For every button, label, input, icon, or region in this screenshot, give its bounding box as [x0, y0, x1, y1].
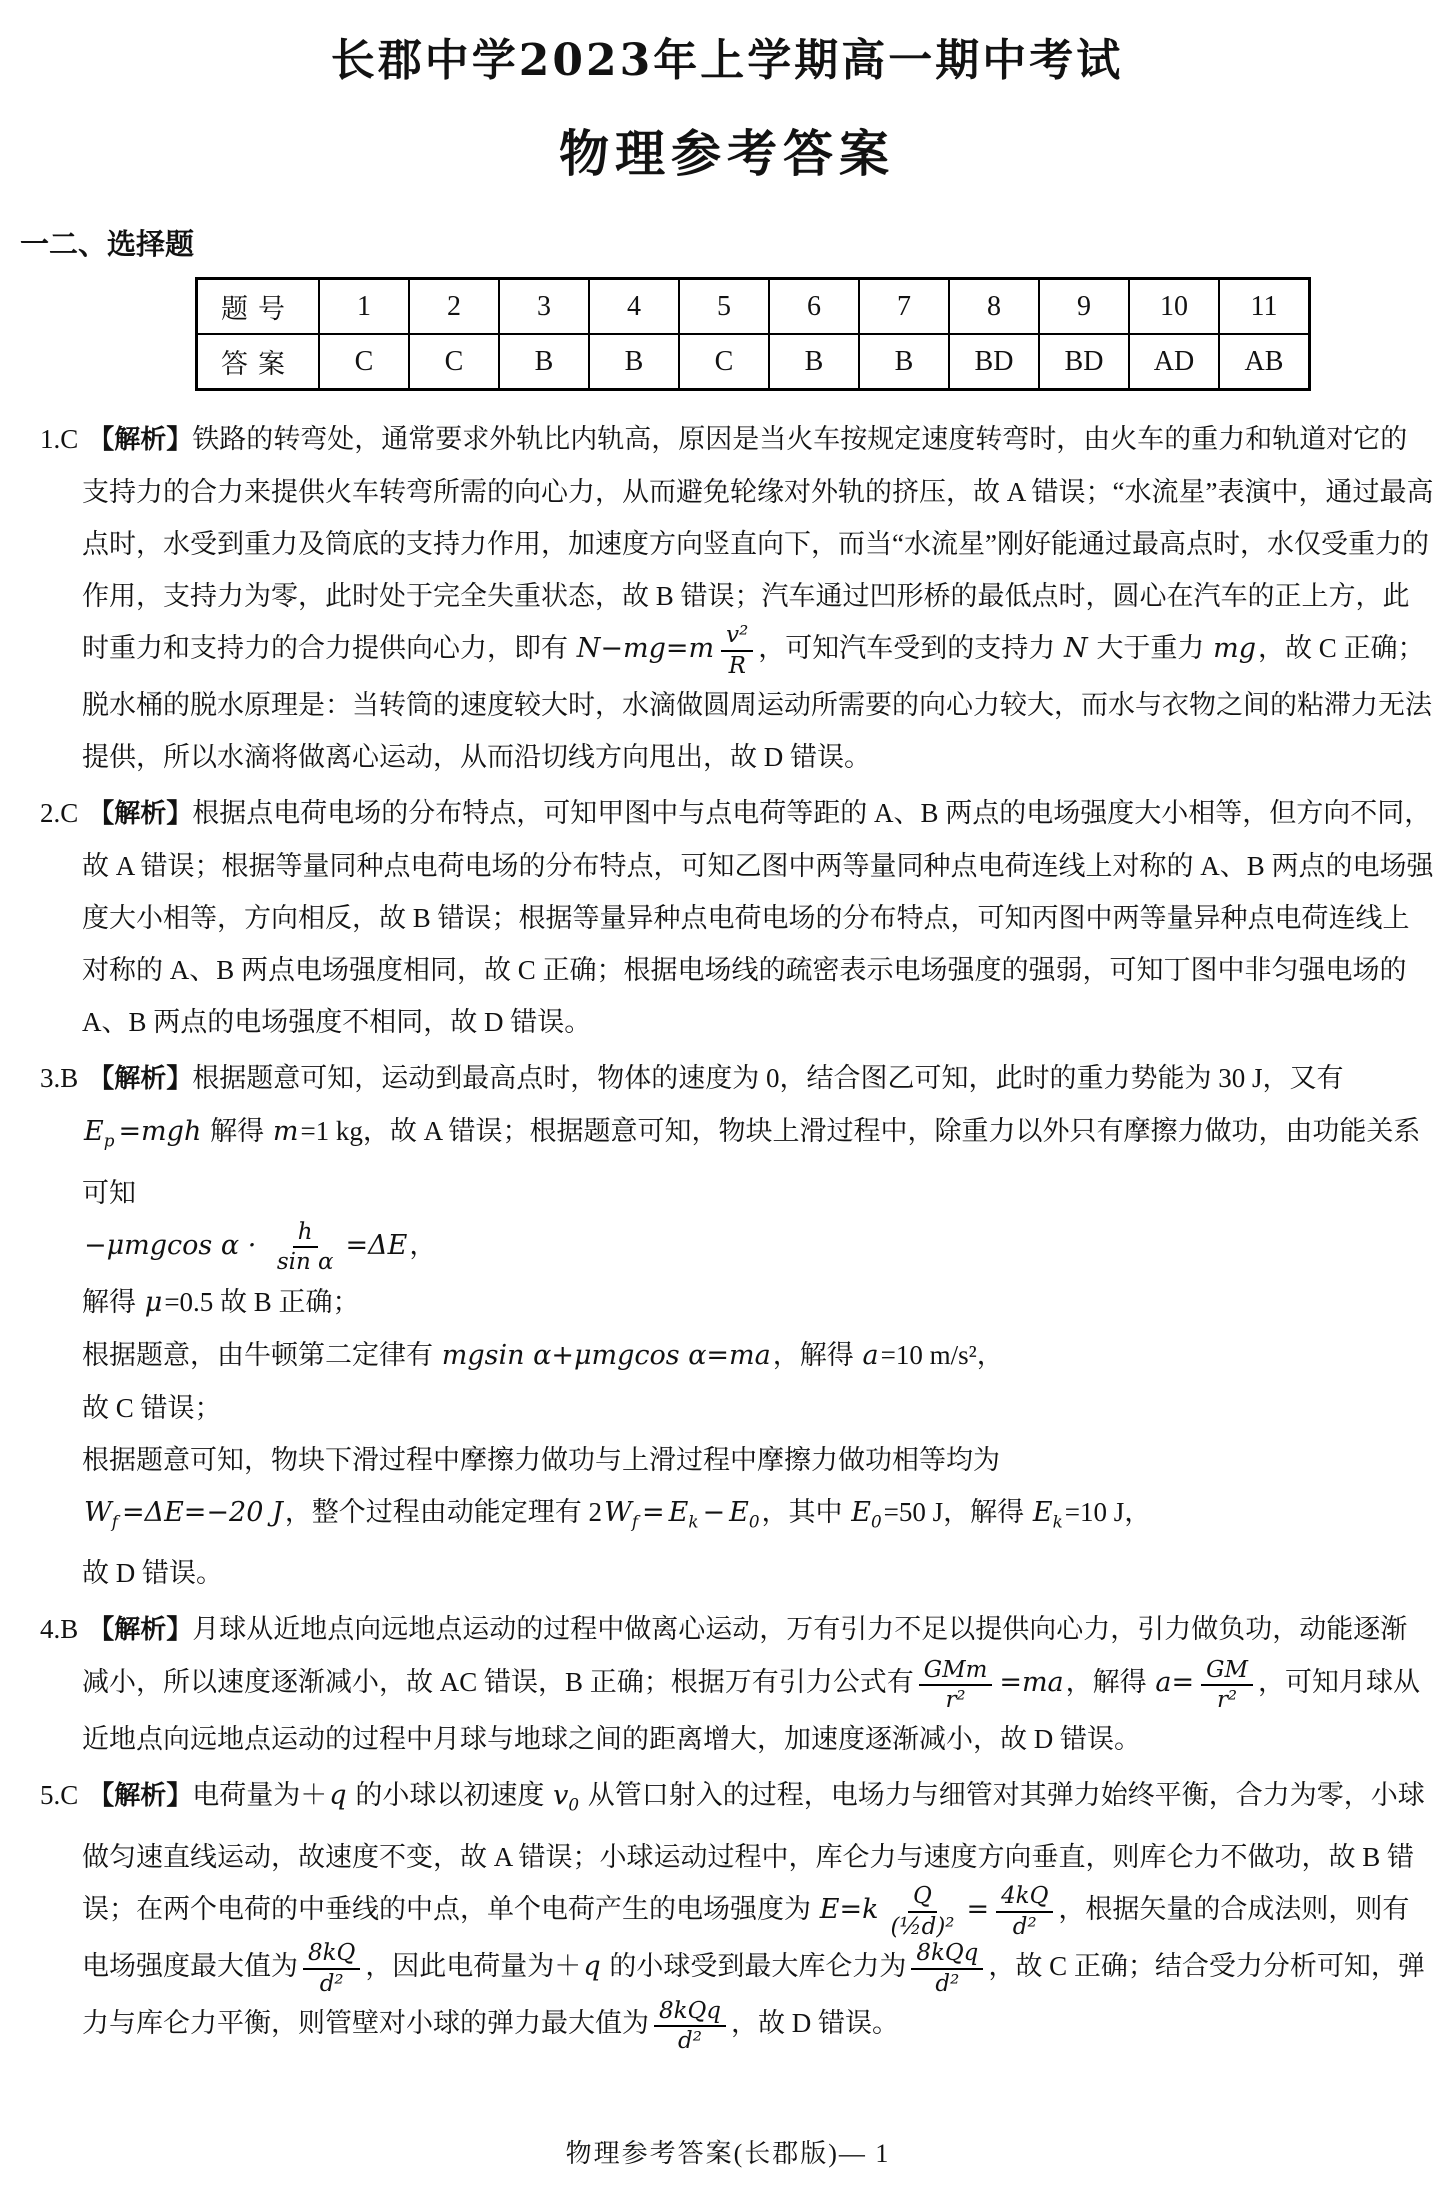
text-run: =0.5 故 B 正确；	[164, 1287, 359, 1317]
text-run: ，因此电荷量为＋	[365, 1951, 581, 1981]
question-number-cell: 7	[859, 279, 949, 335]
math-subscript: Wf	[602, 1497, 640, 1528]
math-run: a	[861, 1340, 881, 1371]
math-run: mgsin α+μmgcos α=ma	[440, 1340, 773, 1371]
text-run: 故 C 错误；	[82, 1393, 222, 1423]
solution-item: 2.C【解析】根据点电荷电场的分布特点，可知甲图中与点电荷等距的 A、B 两点的…	[20, 787, 1434, 1048]
math-run: mg	[1211, 633, 1258, 664]
question-number: 5.C	[40, 1780, 78, 1810]
text-run: 解得	[203, 1116, 271, 1146]
analysis-label: 【解析】	[88, 425, 192, 455]
math-run: =ma	[997, 1667, 1065, 1698]
math-run: −	[701, 1497, 728, 1528]
text-run: ，	[409, 1230, 436, 1260]
question-number-cell: 9	[1039, 279, 1129, 335]
text-run: 根据题意，由牛顿第二定律有	[82, 1340, 440, 1370]
math-run: =	[964, 1894, 991, 1925]
text-run: ，解得	[1066, 1667, 1154, 1697]
text-run: =10 m/s²，	[881, 1340, 1004, 1370]
answer-row: 答案CCBBCBBBDBDADAB	[197, 334, 1310, 390]
math-subscript: v0	[551, 1780, 581, 1811]
answer-table: 题号1234567891011答案CCBBCBBBDBDADAB	[195, 277, 1311, 391]
analysis-label: 【解析】	[88, 1064, 192, 1094]
answer-cell: AD	[1129, 334, 1219, 390]
solution-first-paragraph: 5.C【解析】电荷量为＋q 的小球以初速度 v0 从管口射入的过程，电场力与细管…	[20, 1769, 1434, 2054]
text-run: =10 J，	[1065, 1497, 1151, 1527]
question-number: 1.C	[40, 424, 78, 454]
analysis-label: 【解析】	[88, 799, 192, 829]
row-label: 题号	[197, 279, 320, 335]
solution-paragraph: 解得 μ=0.5 故 B 正确；	[20, 1276, 1434, 1329]
fraction: GMmr²	[919, 1657, 993, 1714]
question-number: 3.B	[40, 1063, 78, 1093]
text-run: 根据题意可知，运动到最高点时，物体的速度为 0，结合图乙可知，此时的重力势能为 …	[192, 1063, 1343, 1093]
solution-paragraph: 根据题意，由牛顿第二定律有 mgsin α+μmgcos α=ma，解得 a=1…	[20, 1329, 1434, 1382]
math-subscript: E0	[727, 1497, 761, 1528]
solution-paragraph: Wf=ΔE=−20 J，整个过程由动能定理有 2Wf=Ek−E0，其中 E0=5…	[20, 1486, 1434, 1547]
text-run: 根据题意可知，物块下滑过程中摩擦力做功与上滑过程中摩擦力做功相等均为	[82, 1445, 1000, 1475]
text-run: ，可知汽车受到的支持力	[758, 633, 1062, 663]
question-number-cell: 6	[769, 279, 859, 335]
math-subscript: Ep	[82, 1116, 116, 1147]
math-run: =ΔE	[344, 1230, 410, 1261]
answer-cell: AB	[1219, 334, 1310, 390]
solution-first-paragraph: 2.C【解析】根据点电荷电场的分布特点，可知甲图中与点电荷等距的 A、B 两点的…	[20, 787, 1434, 1048]
text-run: 铁路的转弯处，通常要求外轨比内轨高，原因是当火车按规定速度转弯时，由火车的重力和…	[82, 424, 1433, 663]
text-run: =50 J，解得	[884, 1497, 1031, 1527]
text-run: 电荷量为＋	[192, 1780, 327, 1810]
question-number-cell: 8	[949, 279, 1039, 335]
question-number-cell: 5	[679, 279, 769, 335]
row-label: 答案	[197, 334, 320, 390]
fraction: Q(½d)²	[885, 1883, 959, 1940]
math-run: =	[640, 1497, 667, 1528]
fraction: 4kQd²	[996, 1883, 1053, 1940]
question-number-cell: 2	[409, 279, 499, 335]
question-number-cell: 4	[589, 279, 679, 335]
math-run: q	[327, 1780, 348, 1811]
text-run: ，解得	[773, 1340, 861, 1370]
answer-cell: C	[679, 334, 769, 390]
fraction: 8kQqd²	[911, 1940, 983, 1997]
analysis-label: 【解析】	[88, 1781, 192, 1811]
answer-cell: B	[769, 334, 859, 390]
fraction: GMr²	[1201, 1657, 1253, 1714]
question-number-row: 题号1234567891011	[197, 279, 1310, 335]
math-run: a=	[1153, 1667, 1196, 1698]
fraction: 8kQd²	[303, 1940, 360, 1997]
question-number-cell: 1	[319, 279, 409, 335]
section-header: 一二、选择题	[20, 222, 1434, 263]
page-title: 物理参考答案	[20, 114, 1434, 186]
math-subscript: Ek	[667, 1497, 701, 1528]
fraction: 8kQqd²	[654, 1998, 726, 2055]
text-run: 故 D 错误。	[82, 1558, 223, 1588]
question-number-cell: 10	[1129, 279, 1219, 335]
text-run: 大于重力	[1090, 633, 1212, 663]
answer-cell: C	[409, 334, 499, 390]
page-footer: 物理参考答案(长郡版)— 1	[0, 2133, 1456, 2170]
text-run: ，整个过程由动能定理有 2	[285, 1497, 602, 1527]
answer-cell: B	[859, 334, 949, 390]
question-number-cell: 3	[499, 279, 589, 335]
answer-cell: B	[499, 334, 589, 390]
text-run: ，其中	[762, 1497, 850, 1527]
solution-item: 4.B【解析】月球从近地点向远地点运动的过程中做离心运动，万有引力不足以提供向心…	[20, 1603, 1434, 1765]
text-run: 解得	[82, 1287, 143, 1317]
math-run: μ	[143, 1287, 165, 1318]
fraction: v²R	[721, 622, 753, 679]
math-subscript: Wf	[82, 1497, 120, 1528]
solution-paragraph: 故 C 错误；	[20, 1382, 1434, 1434]
analysis-label: 【解析】	[88, 1615, 192, 1645]
solution-item: 1.C【解析】铁路的转弯处，通常要求外轨比内轨高，原因是当火车按规定速度转弯时，…	[20, 413, 1434, 783]
math-run: =mgh	[116, 1116, 203, 1147]
fraction: hsin α	[272, 1219, 339, 1276]
solution-paragraph: 根据题意可知，物块下滑过程中摩擦力做功与上滑过程中摩擦力做功相等均为	[20, 1434, 1434, 1486]
math-run: E=k	[818, 1894, 881, 1925]
answer-cell: C	[319, 334, 409, 390]
solution-item: 3.B【解析】根据题意可知，运动到最高点时，物体的速度为 0，结合图乙可知，此时…	[20, 1052, 1434, 1599]
answer-cell: BD	[949, 334, 1039, 390]
text-run: 根据点电荷电场的分布特点，可知甲图中与点电荷等距的 A、B 两点的电场强度大小相…	[82, 798, 1434, 1037]
math-run: N	[1062, 633, 1090, 664]
math-subscript: E0	[849, 1497, 883, 1528]
math-run: N−mg=m	[575, 633, 716, 664]
exam-title: 长郡中学2023年上学期高一期中考试	[20, 24, 1434, 88]
solution-item: 5.C【解析】电荷量为＋q 的小球以初速度 v0 从管口射入的过程，电场力与细管…	[20, 1769, 1434, 2054]
solutions-list: 1.C【解析】铁路的转弯处，通常要求外轨比内轨高，原因是当火车按规定速度转弯时，…	[20, 413, 1434, 2054]
math-run: m	[271, 1116, 301, 1147]
math-run: −μmgcos α ·	[82, 1230, 267, 1261]
text-run: 的小球受到最大库仑力为	[603, 1951, 907, 1981]
solution-paragraph: 故 D 错误。	[20, 1547, 1434, 1599]
math-subscript: Ek	[1031, 1497, 1065, 1528]
question-number: 2.C	[40, 798, 78, 828]
solution-first-paragraph: 4.B【解析】月球从近地点向远地点运动的过程中做离心运动，万有引力不足以提供向心…	[20, 1603, 1434, 1765]
math-run: q	[581, 1951, 602, 1982]
solution-first-paragraph: 3.B【解析】根据题意可知，运动到最高点时，物体的速度为 0，结合图乙可知，此时…	[20, 1052, 1434, 1218]
solution-first-paragraph: 1.C【解析】铁路的转弯处，通常要求外轨比内轨高，原因是当火车按规定速度转弯时，…	[20, 413, 1434, 783]
answer-cell: B	[589, 334, 679, 390]
solution-paragraph: −μmgcos α · hsin α=ΔE，	[20, 1219, 1434, 1276]
math-run: =ΔE=−20 J	[120, 1497, 285, 1528]
question-number-cell: 11	[1219, 279, 1310, 335]
question-number: 4.B	[40, 1614, 78, 1644]
text-run: 的小球以初速度	[349, 1780, 552, 1810]
answer-cell: BD	[1039, 334, 1129, 390]
answer-sheet-page: 长郡中学2023年上学期高一期中考试 物理参考答案 一二、选择题 题号12345…	[0, 0, 1456, 2196]
text-run: ，故 D 错误。	[731, 2008, 899, 2038]
